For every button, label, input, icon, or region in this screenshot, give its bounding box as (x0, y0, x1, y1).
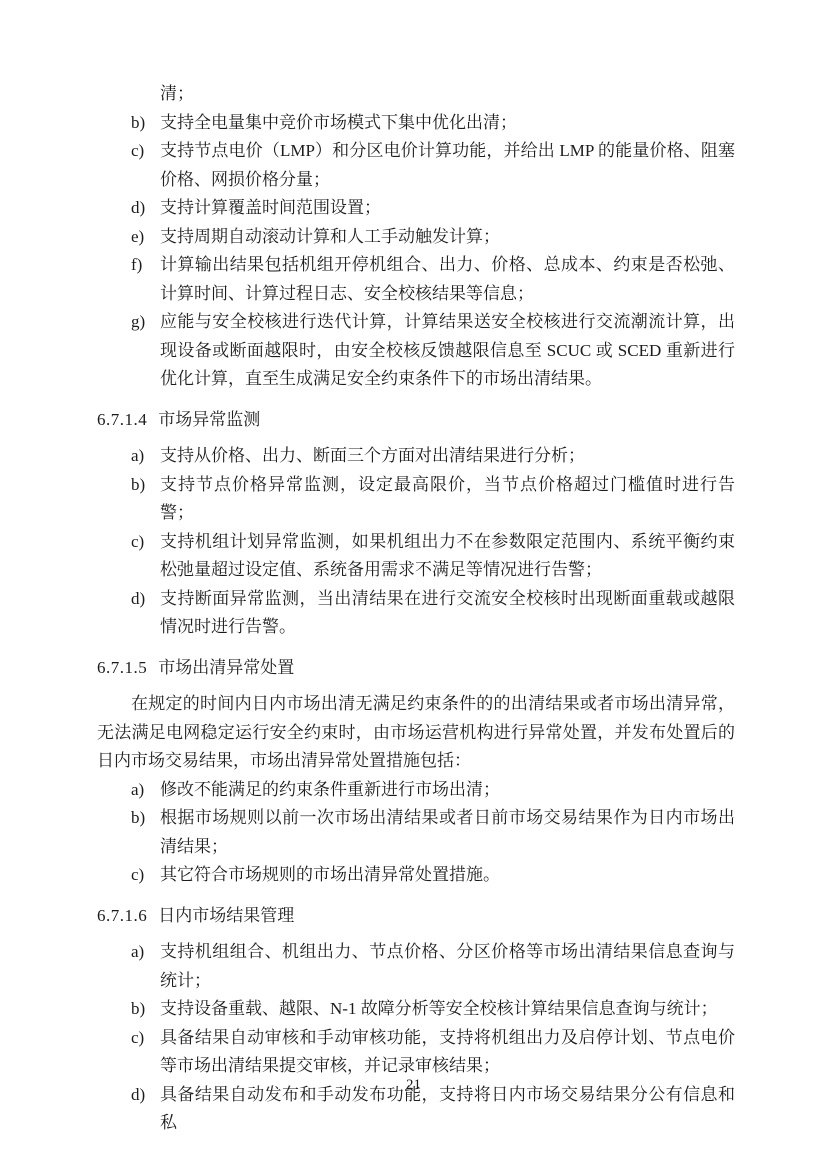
list-item: c) 其它符合市场规则的市场出清异常处置措施。 (97, 861, 735, 890)
list-item-marker: b) (131, 471, 145, 500)
list-item-marker: f) (131, 251, 142, 280)
list-item: g) 应能与安全校核进行迭代计算，计算结果送安全校核进行交流潮流计算，出现设备或… (97, 308, 735, 394)
list-item: c) 支持节点电价（LMP）和分区电价计算功能，并给出 LMP 的能量价格、阻塞… (97, 137, 735, 194)
list-item: b) 支持设备重载、越限、N-1 故障分析等安全校核计算结果信息查询与统计； (97, 995, 735, 1024)
list-item: c) 具备结果自动审核和手动审核功能，支持将机组出力及启停计划、节点电价等市场出… (97, 1024, 735, 1081)
list-item-text: 应能与安全校核进行迭代计算，计算结果送安全校核进行交流潮流计算，出现设备或断面越… (160, 312, 735, 388)
list-item-continuation: 清； (97, 80, 735, 109)
list-item-marker: d) (131, 194, 145, 223)
list-item: b) 根据市场规则以前一次市场出清结果或者日前市场交易结果作为日内市场出清结果； (97, 804, 735, 861)
list-item-text: 支持断面异常监测，当出清结果在进行交流安全校核时出现断面重载或越限情况时进行告警… (160, 589, 735, 637)
section-number: 6.7.1.6 (97, 902, 147, 931)
list-item-text: 具备结果自动审核和手动审核功能，支持将机组出力及启停计划、节点电价等市场出清结果… (160, 1028, 735, 1076)
list-item-marker: c) (131, 1024, 144, 1053)
list-item-marker: a) (131, 776, 144, 805)
list-item-marker: b) (131, 109, 145, 138)
list-item-text: 根据市场规则以前一次市场出清结果或者日前市场交易结果作为日内市场出清结果； (160, 808, 735, 856)
section-title: 市场出清异常处置 (158, 658, 294, 677)
section-number: 6.7.1.5 (97, 654, 147, 683)
list-item-marker: g) (131, 308, 145, 337)
list-item-text: 支持设备重载、越限、N-1 故障分析等安全校核计算结果信息查询与统计； (160, 999, 718, 1018)
list-item-text: 支持全电量集中竞价市场模式下集中优化出清； (160, 113, 517, 132)
list-item-marker: c) (131, 861, 144, 890)
list-item: a) 支持机组组合、机组出力、节点价格、分区价格等市场出清结果信息查询与统计； (97, 938, 735, 995)
list-item-marker: a) (131, 938, 144, 967)
section-paragraph: 在规定的时间内日内市场出清无满足约束条件的的出清结果或者市场出清异常，无法满足电… (97, 690, 735, 776)
list-item-text: 支持周期自动滚动计算和人工手动触发计算； (160, 227, 500, 246)
list-item-marker: c) (131, 137, 144, 166)
list-item: d) 支持计算覆盖时间范围设置； (97, 194, 735, 223)
list-item-text: 支持机组计划异常监测，如果机组出力不在参数限定范围内、系统平衡约束松弛量超过设定… (160, 532, 735, 580)
list-item-marker: c) (131, 528, 144, 557)
list-item-text: 支持从价格、出力、断面三个方面对出清结果进行分析； (160, 446, 585, 465)
list-item-text: 支持计算覆盖时间范围设置； (160, 198, 381, 217)
section-title: 日内市场结果管理 (158, 906, 294, 925)
list-item-text: 其它符合市场规则的市场出清异常处置措施。 (160, 865, 500, 884)
list-item: a) 修改不能满足的约束条件重新进行市场出清； (97, 776, 735, 805)
list-item: a) 支持从价格、出力、断面三个方面对出清结果进行分析； (97, 442, 735, 471)
list-item-text: 支持节点价格异常监测，设定最高限价，当节点价格超过门槛值时进行告警； (160, 475, 735, 523)
document-page: 清； b) 支持全电量集中竞价市场模式下集中优化出清； c) 支持节点电价（LM… (0, 0, 827, 1169)
document-body: 清； b) 支持全电量集中竞价市场模式下集中优化出清； c) 支持节点电价（LM… (97, 80, 735, 1138)
list-item: c) 支持机组计划异常监测，如果机组出力不在参数限定范围内、系统平衡约束松弛量超… (97, 528, 735, 585)
section-heading-6715: 6.7.1.5市场出清异常处置 (97, 654, 735, 683)
section-title: 市场异常监测 (158, 410, 260, 429)
section-heading-6714: 6.7.1.4市场异常监测 (97, 406, 735, 435)
list-item-text: 修改不能满足的约束条件重新进行市场出清； (160, 780, 500, 799)
list-item: f) 计算输出结果包括机组开停机组合、出力、价格、总成本、约束是否松弛、计算时间… (97, 251, 735, 308)
list-item: e) 支持周期自动滚动计算和人工手动触发计算； (97, 223, 735, 252)
list-item-marker: a) (131, 442, 144, 471)
list-item-text: 支持机组组合、机组出力、节点价格、分区价格等市场出清结果信息查询与统计； (160, 942, 735, 990)
page-number: 21 (0, 1077, 827, 1094)
list-item-marker: b) (131, 804, 145, 833)
list-item-text: 计算输出结果包括机组开停机组合、出力、价格、总成本、约束是否松弛、计算时间、计算… (160, 255, 735, 303)
list-item-marker: e) (131, 223, 144, 252)
section-heading-6716: 6.7.1.6日内市场结果管理 (97, 902, 735, 931)
list-item-marker: d) (131, 585, 145, 614)
list-item: b) 支持全电量集中竞价市场模式下集中优化出清； (97, 109, 735, 138)
list-item: d) 支持断面异常监测，当出清结果在进行交流安全校核时出现断面重载或越限情况时进… (97, 585, 735, 642)
list-item-marker: b) (131, 995, 145, 1024)
list-item: b) 支持节点价格异常监测，设定最高限价，当节点价格超过门槛值时进行告警； (97, 471, 735, 528)
list-item-text: 支持节点电价（LMP）和分区电价计算功能，并给出 LMP 的能量价格、阻塞价格、… (160, 141, 735, 189)
section-number: 6.7.1.4 (97, 406, 147, 435)
